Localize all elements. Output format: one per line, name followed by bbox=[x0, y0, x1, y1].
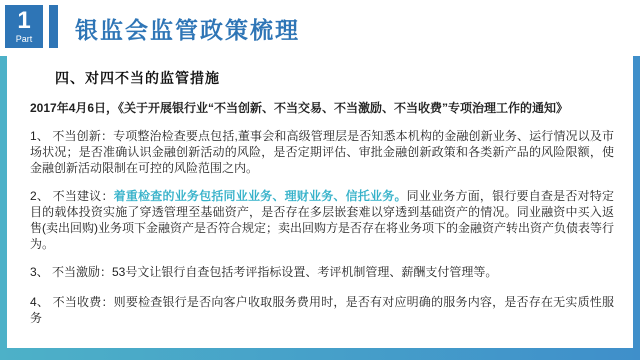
presentation-slide: 1 Part 银监会监管政策梳理 四、对四不当的监管措施 2017年4月6日，《… bbox=[0, 0, 640, 360]
section-heading: 四、对四不当的监管措施 bbox=[55, 68, 614, 88]
bottom-border-bar bbox=[0, 348, 640, 360]
slide-body: 四、对四不当的监管措施 2017年4月6日，《关于开展银行业“不当创新、不当交易… bbox=[0, 56, 640, 326]
item-3-improper-incentive: 3、 不当激励：53号文让银行自查包括考评指标设置、考评机制管理、薪酬支付管理等… bbox=[30, 264, 614, 280]
item-2-prefix: 2、 不当建议： bbox=[30, 189, 114, 203]
item-1-improper-innovation: 1、 不当创新：专项整治检查要点包括,董事会和高级管理层是否知悉本机构的金融创新… bbox=[30, 128, 614, 176]
part-number: 1 bbox=[5, 8, 43, 34]
item-4-improper-charging: 4、 不当收费：则要检查银行是否向客户收取服务费用时，是否有对应明确的服务内容，… bbox=[30, 294, 614, 326]
item-2-highlight: 着重检查的业务包括同业业务、理财业务、信托业务。 bbox=[114, 189, 407, 203]
part-badge: 1 Part bbox=[5, 5, 43, 48]
slide-header: 1 Part 银监会监管政策梳理 bbox=[0, 0, 640, 56]
notice-line: 2017年4月6日，《关于开展银行业“不当创新、不当交易、不当激励、不当收费”专… bbox=[30, 100, 614, 116]
part-label: Part bbox=[5, 34, 43, 44]
title-accent-bar bbox=[49, 5, 58, 48]
slide-title: 银监会监管政策梳理 bbox=[75, 12, 300, 45]
item-2-improper-transaction: 2、 不当建议：着重检查的业务包括同业业务、理财业务、信托业务。同业业务方面，银… bbox=[30, 188, 614, 252]
